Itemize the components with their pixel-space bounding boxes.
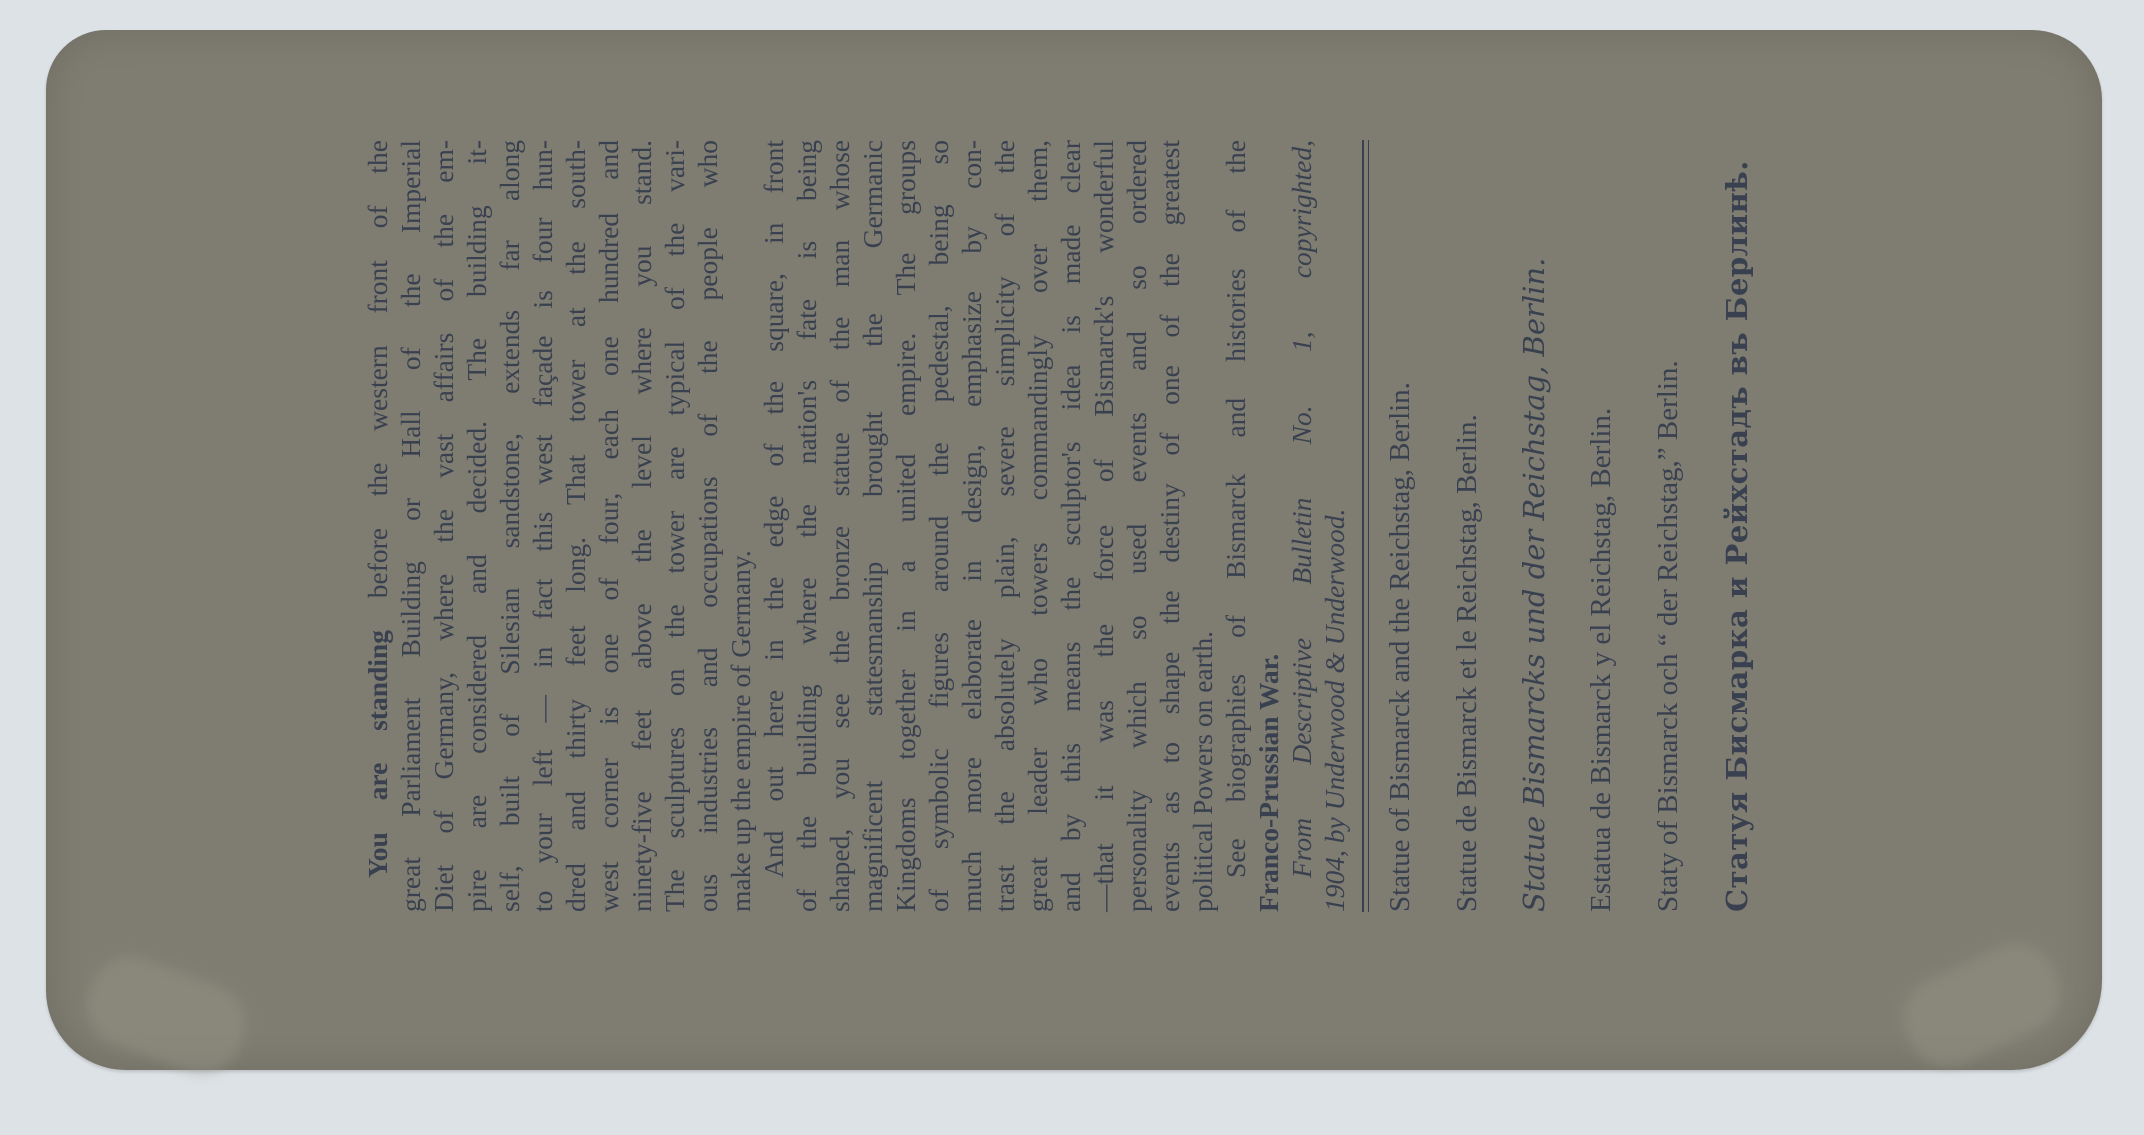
paragraph-1-line: You are standing before the western fron… xyxy=(362,140,394,912)
paragraph-1-line-rest: before the western front of the xyxy=(362,140,393,598)
paragraph-1-line: ous industries and occupations of the pe… xyxy=(692,140,724,912)
corner-wear xyxy=(75,945,256,1084)
paragraph-2-line: And out here in the edge of the square, … xyxy=(758,140,790,912)
caption-russian: Статуя Бисмарка и Рейхстадъ въ Берлинѣ. xyxy=(1717,160,1757,912)
paragraph-1-line: dred and thirty feet long. That tower at… xyxy=(560,140,592,912)
paragraph-2-line: personality which so used events and so … xyxy=(1121,140,1153,912)
credit-line: 1904, by Underwood & Underwood. xyxy=(1319,140,1351,912)
paragraph-1-line: ninety-five feet above the level where y… xyxy=(626,140,658,912)
caption-french: Statue de Bismarck et le Reichstag, Berl… xyxy=(1447,414,1487,912)
double-rule xyxy=(1368,140,1369,912)
paragraph-1-line: make up the empire of Germany. xyxy=(725,140,757,912)
paragraph-2-line: much more elaborate in design, emphasize… xyxy=(956,140,988,912)
paragraph-1-line: self, built of Silesian sandstone, exten… xyxy=(494,140,526,912)
paragraph-2-line: political Powers on earth. xyxy=(1187,140,1219,912)
caption-german: Statue Bismarcks und der Reichstag, Berl… xyxy=(1514,258,1554,912)
paragraph-2-line: —that it was the force of Bismarck's won… xyxy=(1088,140,1120,912)
paragraph-2-line: events as to shape the destiny of one of… xyxy=(1154,140,1186,912)
caption-english: Statue of Bismarck and the Reichstag, Be… xyxy=(1380,382,1420,912)
caption-swedish: Staty of Bismarck och “ der Reichstag,” … xyxy=(1648,360,1688,912)
caption-spanish: Estatua de Bismarck y el Reichstag, Berl… xyxy=(1581,408,1621,912)
paragraph-2-line: trast the absolutely plain, severe simpl… xyxy=(989,140,1021,912)
corner-wear xyxy=(1890,930,2073,1079)
paragraph-2-line: and by this means the sculptor's idea is… xyxy=(1055,140,1087,912)
paragraph-1-line: Diet of Germany, where the vast affairs … xyxy=(428,140,460,912)
paragraph-2-line: shaped, you see the bronze statue of the… xyxy=(824,140,856,912)
paragraph-1-line: west corner is one of four, each one hun… xyxy=(593,140,625,912)
rotated-text-block: You are standing before the western fron… xyxy=(362,140,1812,912)
paragraph-2-line: great leader who towers commandingly ove… xyxy=(1022,140,1054,912)
paragraph-1-line: great Parliament Building or Hall of the… xyxy=(395,140,427,912)
paragraph-1-line: to your left — in fact this west façade … xyxy=(527,140,559,912)
paragraph-2-line: of symbolic figures around the pedestal,… xyxy=(923,140,955,912)
credit-line: From Descriptive Bulletin No. 1, copyrig… xyxy=(1286,140,1318,912)
see-also-line: Franco-Prussian War. xyxy=(1253,140,1285,912)
paragraph-2-line: magnificent statesmanship brought the Ge… xyxy=(857,140,889,912)
paragraph-2-line: Kingdoms together in a united empire. Th… xyxy=(890,140,922,912)
paragraph-2-line: of the building where the nation's fate … xyxy=(791,140,823,912)
lead-in: You are standing xyxy=(362,630,393,878)
paragraph-1-line: The sculptures on the tower are typical … xyxy=(659,140,691,912)
paragraph-1-line: pire are considered and decided. The bui… xyxy=(461,140,493,912)
double-rule xyxy=(1362,140,1364,912)
see-also-line: See biographies of Bismarck and historie… xyxy=(1220,140,1252,912)
